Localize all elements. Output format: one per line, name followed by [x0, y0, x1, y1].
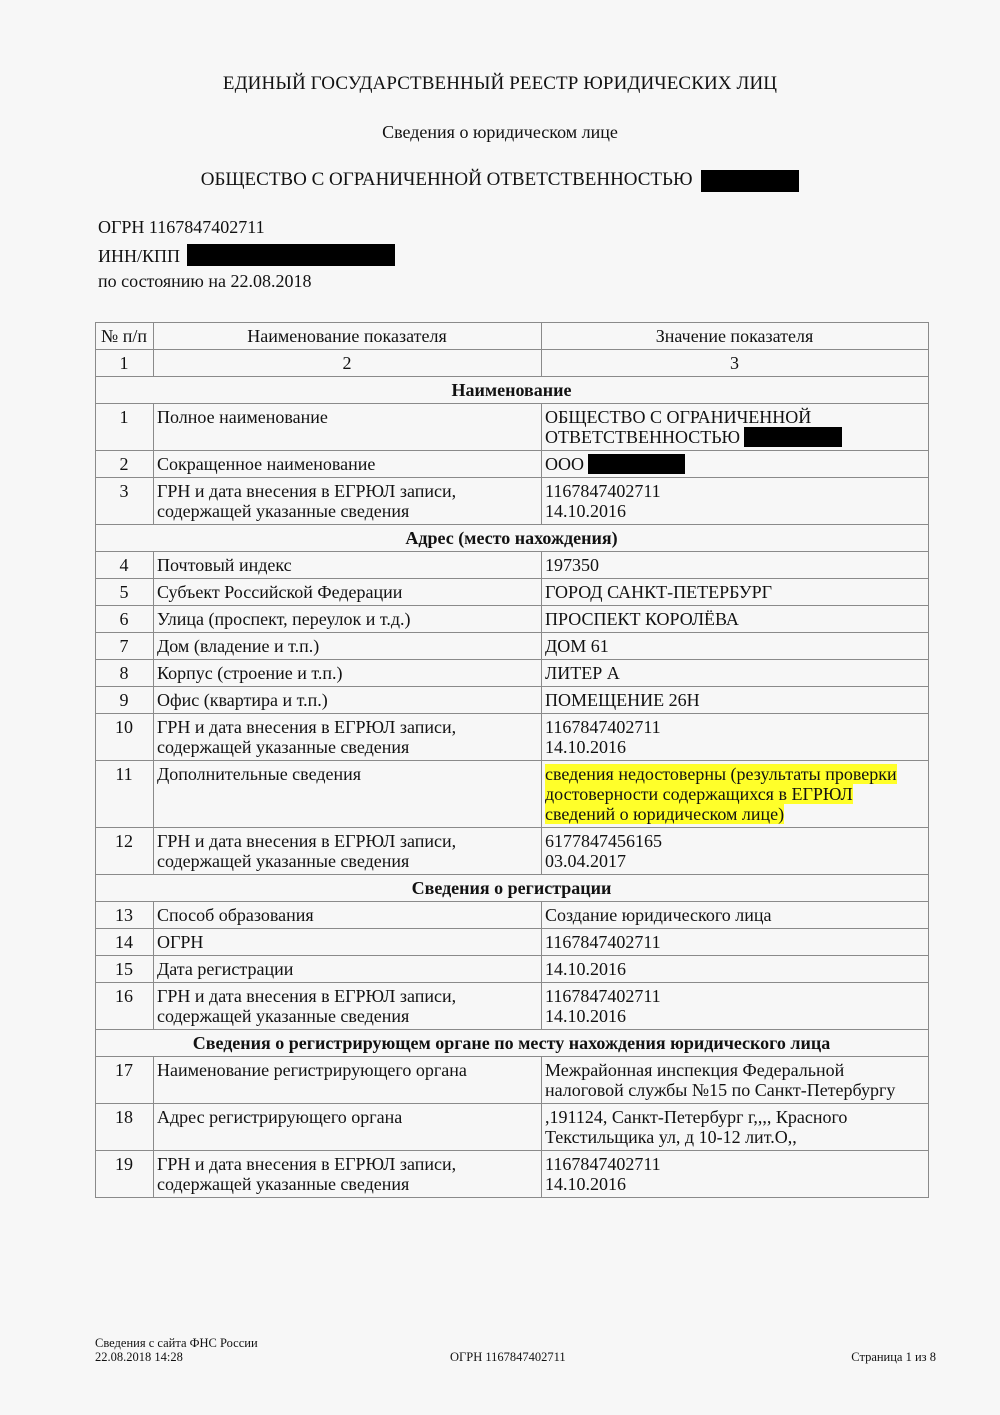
row-label: Улица (проспект, переулок и т.д.)	[154, 606, 542, 633]
row-value-cell: Межрайонная инспекция Федеральной налого…	[542, 1057, 929, 1104]
table-row: 11Дополнительные сведениясведения недост…	[96, 761, 929, 828]
row-value: 197350	[545, 555, 599, 575]
row-label: ГРН и дата внесения в ЕГРЮЛ записи, соде…	[154, 1151, 542, 1198]
section-header-row: Сведения о регистрации	[96, 875, 929, 902]
row-number: 4	[96, 552, 154, 579]
row-number: 8	[96, 660, 154, 687]
inn-kpp-label: ИНН/КПП	[98, 246, 180, 266]
column-number: 3	[542, 350, 929, 377]
ogrn-line: ОГРН 1167847402711	[98, 217, 265, 238]
footer-timestamp: 22.08.2018 14:28	[95, 1350, 258, 1364]
row-value: сведения недостоверны (результаты провер…	[545, 764, 897, 824]
row-number: 12	[96, 828, 154, 875]
table-row: 8Корпус (строение и т.п.)ЛИТЕР А	[96, 660, 929, 687]
section-title: Сведения о регистрирующем органе по мест…	[96, 1030, 929, 1057]
row-value-cell: 1167847402711 14.10.2016	[542, 478, 929, 525]
footer-source: Сведения с сайта ФНС России 22.08.2018 1…	[95, 1336, 258, 1364]
table-row: 3ГРН и дата внесения в ЕГРЮЛ записи, сод…	[96, 478, 929, 525]
row-label: Офис (квартира и т.п.)	[154, 687, 542, 714]
section-header-row: Наименование	[96, 377, 929, 404]
row-value: 6177847456165 03.04.2017	[545, 831, 662, 871]
table-row: 9Офис (квартира и т.п.)ПОМЕЩЕНИЕ 26Н	[96, 687, 929, 714]
row-value: ГОРОД САНКТ-ПЕТЕРБУРГ	[545, 582, 772, 602]
table-row: 2Сокращенное наименованиеООО	[96, 451, 929, 478]
row-value: 1167847402711 14.10.2016	[545, 1154, 661, 1194]
row-label: Способ образования	[154, 902, 542, 929]
row-value: ЛИТЕР А	[545, 663, 620, 683]
row-value-cell: ,191124, Санкт-Петербург г,,,, Красного …	[542, 1104, 929, 1151]
row-value-cell: 197350	[542, 552, 929, 579]
row-value-cell: 6177847456165 03.04.2017	[542, 828, 929, 875]
row-label: Наименование регистрирующего органа	[154, 1057, 542, 1104]
section-header-row: Сведения о регистрирующем органе по мест…	[96, 1030, 929, 1057]
redacted-value	[588, 454, 685, 474]
row-number: 9	[96, 687, 154, 714]
company-heading: ОБЩЕСТВО С ОГРАНИЧЕННОЙ ОТВЕТСТВЕННОСТЬЮ	[0, 169, 1000, 192]
row-value: Создание юридического лица	[545, 905, 772, 925]
inn-kpp-line: ИНН/КПП	[98, 244, 395, 267]
row-number: 18	[96, 1104, 154, 1151]
row-label: Дополнительные сведения	[154, 761, 542, 828]
footer-source-text: Сведения с сайта ФНС России	[95, 1336, 258, 1350]
row-label: Субъект Российской Федерации	[154, 579, 542, 606]
row-number: 14	[96, 929, 154, 956]
row-value: 1167847402711	[545, 932, 661, 952]
row-value: ,191124, Санкт-Петербург г,,,, Красного …	[545, 1107, 847, 1147]
table-column-numbers-row: 123	[96, 350, 929, 377]
footer-page-number: Страница 1 из 8	[851, 1350, 936, 1364]
column-number: 1	[96, 350, 154, 377]
row-label: Корпус (строение и т.п.)	[154, 660, 542, 687]
row-value-cell: 1167847402711 14.10.2016	[542, 1151, 929, 1198]
row-number: 13	[96, 902, 154, 929]
row-label: Дата регистрации	[154, 956, 542, 983]
table-row: 5Субъект Российской ФедерацииГОРОД САНКТ…	[96, 579, 929, 606]
row-value-cell: 1167847402711 14.10.2016	[542, 714, 929, 761]
column-number: 2	[154, 350, 542, 377]
row-number: 3	[96, 478, 154, 525]
row-value: Межрайонная инспекция Федеральной налого…	[545, 1060, 895, 1100]
row-label: Сокращенное наименование	[154, 451, 542, 478]
row-value-cell: ГОРОД САНКТ-ПЕТЕРБУРГ	[542, 579, 929, 606]
table-row: 6Улица (проспект, переулок и т.д.)ПРОСПЕ…	[96, 606, 929, 633]
row-value-cell: ДОМ 61	[542, 633, 929, 660]
row-number: 17	[96, 1057, 154, 1104]
table-row: 10ГРН и дата внесения в ЕГРЮЛ записи, со…	[96, 714, 929, 761]
row-value-cell: ЛИТЕР А	[542, 660, 929, 687]
row-value-cell: 1167847402711	[542, 929, 929, 956]
row-label: Полное наименование	[154, 404, 542, 451]
row-label: ОГРН	[154, 929, 542, 956]
table-row: 15Дата регистрации14.10.2016	[96, 956, 929, 983]
row-value-cell: 1167847402711 14.10.2016	[542, 983, 929, 1030]
row-value: 1167847402711 14.10.2016	[545, 717, 661, 757]
row-label: ГРН и дата внесения в ЕГРЮЛ записи, соде…	[154, 828, 542, 875]
row-label: Адрес регистрирующего органа	[154, 1104, 542, 1151]
section-header-row: Адрес (место нахождения)	[96, 525, 929, 552]
col-label-header: Наименование показателя	[154, 323, 542, 350]
section-title: Наименование	[96, 377, 929, 404]
row-label: Почтовый индекс	[154, 552, 542, 579]
row-number: 6	[96, 606, 154, 633]
col-value-header: Значение показателя	[542, 323, 929, 350]
table-row: 12ГРН и дата внесения в ЕГРЮЛ записи, со…	[96, 828, 929, 875]
redacted-value	[744, 427, 842, 447]
row-label: ГРН и дата внесения в ЕГРЮЛ записи, соде…	[154, 478, 542, 525]
table-row: 18Адрес регистрирующего органа,191124, С…	[96, 1104, 929, 1151]
table-header-row: № п/пНаименование показателяЗначение пок…	[96, 323, 929, 350]
row-number: 15	[96, 956, 154, 983]
row-value: ПОМЕЩЕНИЕ 26Н	[545, 690, 700, 710]
row-value-cell: ПРОСПЕКТ КОРОЛЁВА	[542, 606, 929, 633]
row-value: 14.10.2016	[545, 959, 626, 979]
table-row: 13Способ образованияСоздание юридическог…	[96, 902, 929, 929]
row-value-cell: ОБЩЕСТВО С ОГРАНИЧЕННОЙ ОТВЕТСТВЕННОСТЬЮ	[542, 404, 929, 451]
row-value-cell: 14.10.2016	[542, 956, 929, 983]
row-number: 19	[96, 1151, 154, 1198]
row-value-cell: ООО	[542, 451, 929, 478]
table-row: 14ОГРН1167847402711	[96, 929, 929, 956]
table-row: 1Полное наименованиеОБЩЕСТВО С ОГРАНИЧЕН…	[96, 404, 929, 451]
row-value: 1167847402711 14.10.2016	[545, 481, 661, 521]
row-number: 7	[96, 633, 154, 660]
registry-table: № п/пНаименование показателяЗначение пок…	[95, 322, 929, 1198]
table-row: 16ГРН и дата внесения в ЕГРЮЛ записи, со…	[96, 983, 929, 1030]
section-title: Сведения о регистрации	[96, 875, 929, 902]
section-title: Адрес (место нахождения)	[96, 525, 929, 552]
row-value-cell: Создание юридического лица	[542, 902, 929, 929]
row-value: ООО	[545, 454, 584, 474]
registry-title: ЕДИНЫЙ ГОСУДАРСТВЕННЫЙ РЕЕСТР ЮРИДИЧЕСКИ…	[0, 73, 1000, 95]
row-value: ДОМ 61	[545, 636, 609, 656]
table-row: 17Наименование регистрирующего органаМеж…	[96, 1057, 929, 1104]
row-value: 1167847402711 14.10.2016	[545, 986, 661, 1026]
row-label: ГРН и дата внесения в ЕГРЮЛ записи, соде…	[154, 714, 542, 761]
redacted-company-name	[701, 170, 799, 192]
table-row: 7Дом (владение и т.п.)ДОМ 61	[96, 633, 929, 660]
row-number: 1	[96, 404, 154, 451]
row-label: Дом (владение и т.п.)	[154, 633, 542, 660]
row-number: 2	[96, 451, 154, 478]
row-value-cell: сведения недостоверны (результаты провер…	[542, 761, 929, 828]
table-row: 19ГРН и дата внесения в ЕГРЮЛ записи, со…	[96, 1151, 929, 1198]
col-number-header: № п/п	[96, 323, 154, 350]
redacted-inn-kpp	[187, 244, 395, 266]
footer-ogrn: ОГРН 1167847402711	[450, 1350, 566, 1364]
row-label: ГРН и дата внесения в ЕГРЮЛ записи, соде…	[154, 983, 542, 1030]
row-number: 10	[96, 714, 154, 761]
row-number: 11	[96, 761, 154, 828]
row-value: ПРОСПЕКТ КОРОЛЁВА	[545, 609, 739, 629]
as-of-date: по состоянию на 22.08.2018	[98, 271, 311, 292]
row-number: 16	[96, 983, 154, 1030]
company-name: ОБЩЕСТВО С ОГРАНИЧЕННОЙ ОТВЕТСТВЕННОСТЬЮ	[201, 169, 693, 190]
document-subtitle: Сведения о юридическом лице	[0, 122, 1000, 143]
table-row: 4Почтовый индекс197350	[96, 552, 929, 579]
row-value-cell: ПОМЕЩЕНИЕ 26Н	[542, 687, 929, 714]
row-number: 5	[96, 579, 154, 606]
